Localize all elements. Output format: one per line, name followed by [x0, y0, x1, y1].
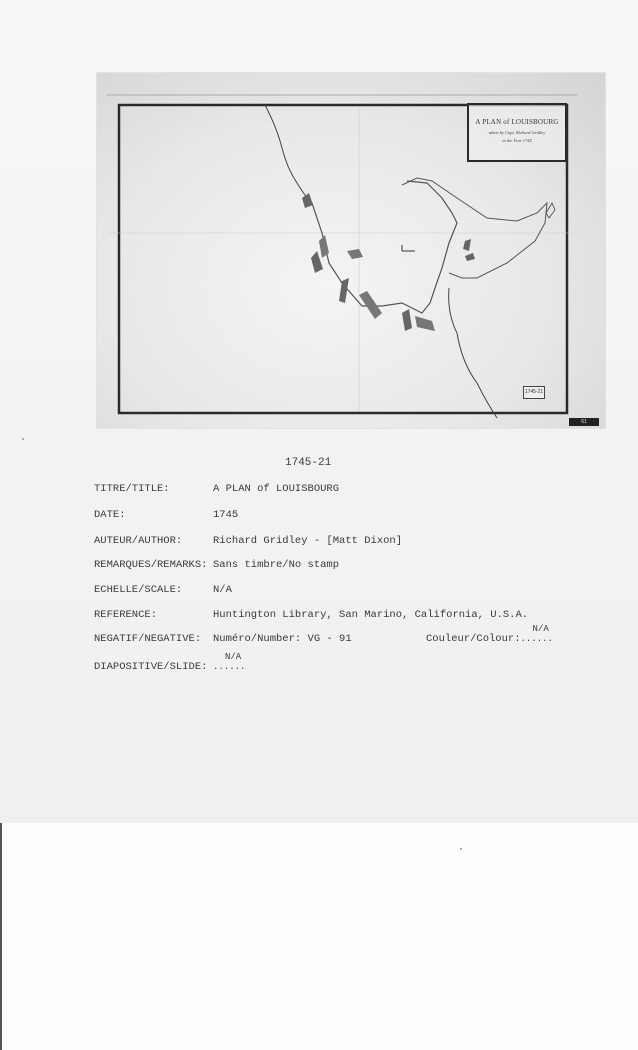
field-label: DIAPOSITIVE/SLIDE:	[94, 661, 213, 673]
field-value: Huntington Library, San Marino, Californ…	[213, 609, 528, 621]
colour-label: Couleur/Colour:	[426, 633, 521, 645]
field-label: DATE:	[94, 509, 213, 521]
field-slide: DIAPOSITIVE/SLIDE:N/A......	[94, 661, 253, 673]
field-label: AUTEUR/AUTHOR:	[94, 535, 213, 547]
photo-corner-tab: 61	[569, 418, 599, 426]
field-label: NEGATIF/NEGATIVE:	[94, 633, 213, 645]
field-negative: NEGATIF/NEGATIVE:Numéro/Number: VG - 91	[94, 633, 352, 645]
field-scale: ECHELLE/SCALE:N/A	[94, 584, 232, 596]
field-value: Sans timbre/No stamp	[213, 559, 339, 571]
map-subtitle: taken by Capt. Richard Gridley	[469, 130, 565, 135]
field-value: Richard Gridley - [Matt Dixon]	[213, 535, 402, 547]
field-value: 1745	[213, 509, 238, 521]
map-photograph: A PLAN of LOUISBOURG taken by Capt. Rich…	[97, 73, 605, 428]
map-subtitle-year: in the Year 1745	[469, 138, 565, 143]
map-cartouche: A PLAN of LOUISBOURG taken by Capt. Rich…	[467, 103, 567, 162]
field-label: TITRE/TITLE:	[94, 483, 213, 495]
field-value: N/A	[213, 584, 232, 596]
map-catalog-label: 1745-21	[523, 386, 545, 399]
paper-speck	[22, 438, 24, 440]
field-label: ECHELLE/SCALE:	[94, 584, 213, 596]
reference-number: 1745-21	[285, 457, 331, 469]
field-title: TITRE/TITLE:A PLAN of LOUISBOURG	[94, 483, 339, 495]
field-label: REFERENCE:	[94, 609, 213, 621]
field-value: A PLAN of LOUISBOURG	[213, 483, 339, 495]
colour-value: N/A......	[521, 633, 561, 645]
field-remarks: REMARQUES/REMARKS:Sans timbre/No stamp	[94, 559, 339, 571]
field-label: REMARQUES/REMARKS:	[94, 559, 213, 571]
paper-speck	[460, 848, 462, 850]
field-reference: REFERENCE:Huntington Library, San Marino…	[94, 609, 528, 621]
field-colour: Couleur/Colour:N/A......	[426, 633, 561, 645]
document-sheet-lower	[0, 823, 638, 1050]
field-date: DATE:1745	[94, 509, 238, 521]
sheet-edge	[0, 823, 2, 1050]
field-author: AUTEUR/AUTHOR:Richard Gridley - [Matt Di…	[94, 535, 402, 547]
map-title: A PLAN of LOUISBOURG	[469, 118, 565, 126]
field-value: Numéro/Number: VG - 91	[213, 633, 352, 645]
slide-value: N/A......	[213, 661, 253, 673]
